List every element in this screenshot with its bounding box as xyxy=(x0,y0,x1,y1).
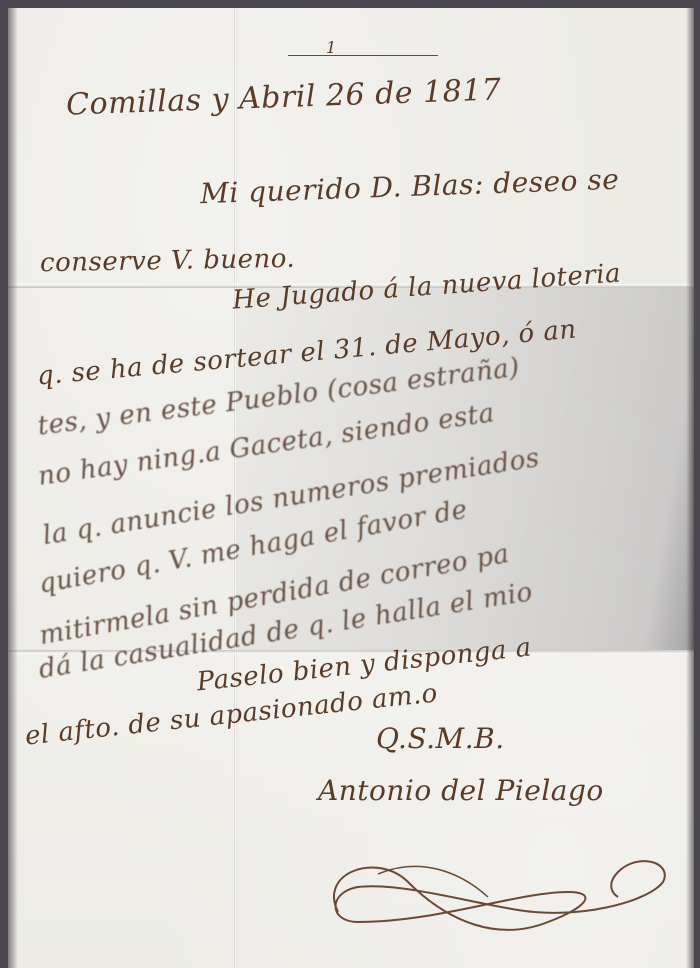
body-line-1: conserve V. bueno. xyxy=(40,244,296,278)
vertical-fold-line xyxy=(234,8,237,968)
page-number: 1 xyxy=(326,38,337,57)
right-edge-shadow xyxy=(686,8,694,968)
page-number-rule xyxy=(288,55,438,56)
signature-rubric-icon xyxy=(318,852,678,952)
signature: Antonio del Pielago xyxy=(318,774,604,807)
closing-abbreviation: Q.S.M.B. xyxy=(376,722,505,755)
left-edge-shadow xyxy=(8,8,18,968)
